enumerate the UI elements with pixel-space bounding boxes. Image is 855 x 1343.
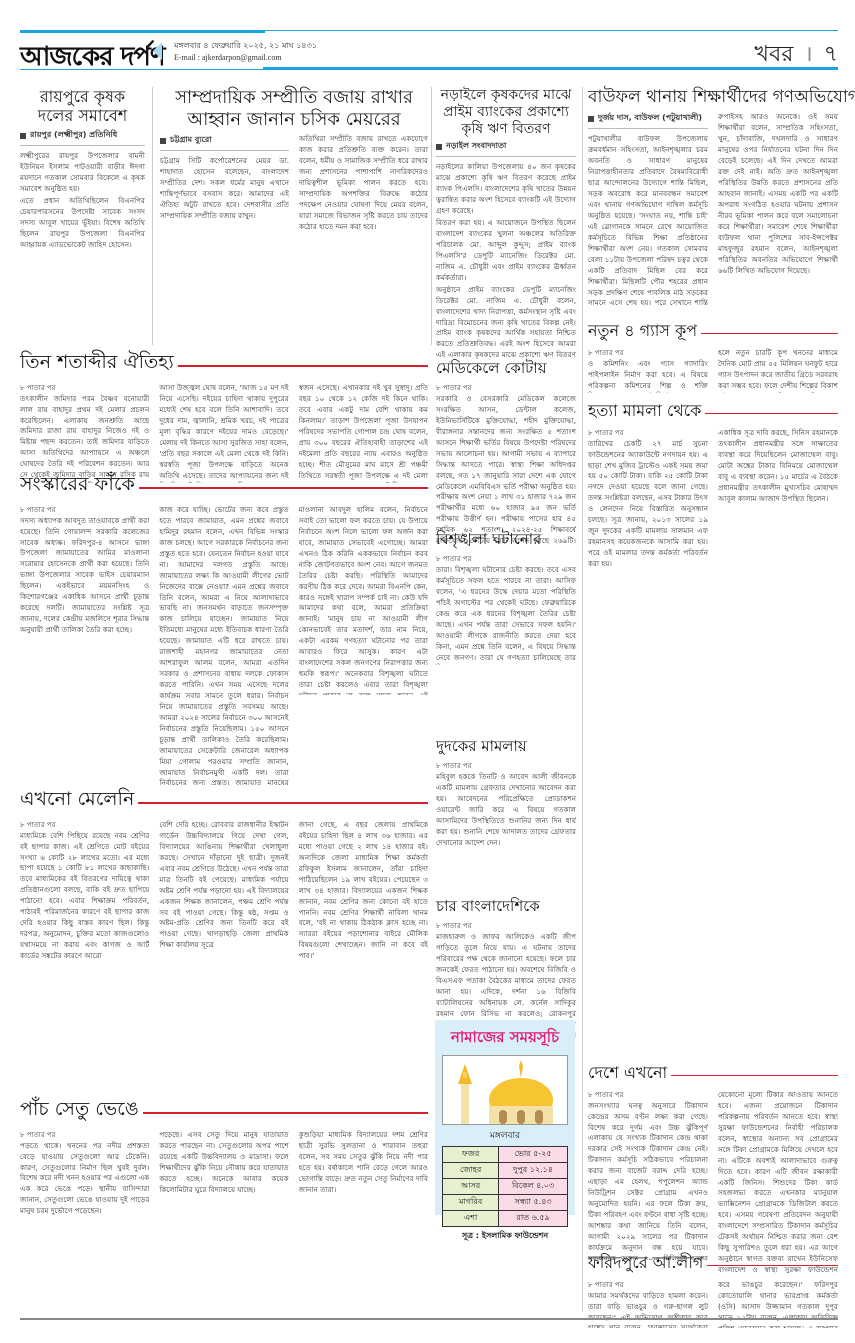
column-divider — [582, 87, 583, 1312]
section-header: সংস্কারের ফাঁকে — [20, 470, 428, 502]
article-hotya: হত্যা মামলা থেকে ৮ পাতার পরতারিখের চেকটি… — [588, 398, 838, 1048]
headline: নড়াইলে কৃষকদের মাঝে প্রাইম ব্যাংকের প্র… — [436, 87, 576, 137]
section-rule — [671, 1075, 838, 1077]
section-title: মেডিকেলে কোটায় — [436, 357, 576, 382]
section-title: হত্যা মামলা থেকে — [588, 398, 701, 425]
continued-label: ৮ পাতার পর — [20, 383, 149, 394]
newspaper-logo: আজকের দর্পণ — [20, 36, 165, 80]
article-body: হলে নতুন চারটি কূপ খননের মাধ্যমে দৈনিক ম… — [718, 348, 838, 393]
section-title: সংস্কারের ফাঁকে — [20, 470, 135, 502]
prayer-time: সন্ধ্যা ৫.৪৩ — [499, 1195, 568, 1211]
article-char-bangladeshi: চার বাংলাদেশিকে ৮ পাতার পর মাজহারুল ও জা… — [436, 895, 576, 1040]
article-body: একাধিক সূত্র দাবি করছে, সিনিস রহমানকে তৎ… — [718, 428, 838, 1048]
article-body: বেশি দেরি হচ্ছে। রোববার রাজধানীর ইস্কাটন… — [159, 820, 288, 1100]
byline-text: নড়াইল সংবাদদাতা — [446, 140, 506, 153]
headline: সাম্প্রদায়িক সম্প্রীতি বজায় রাখার আহ্ব… — [160, 87, 428, 130]
article-gas: নতুন ৪ গ্যাস কূপ ৮ পাতার পরও কমিশনিং এবং… — [588, 318, 838, 393]
headline-line: সাম্প্রদায়িক সম্প্রীতি বজায় রাখার — [160, 87, 428, 109]
paragraph: নড়াইলের কালিয়া উপজেলায় ৪০ জন কৃষকের ম… — [436, 162, 576, 217]
article-deshe-ekhono: দেশে এখনো ৮ পাতার পরজনসংখ্যার ঘনত্ব অনুস… — [588, 1060, 838, 1275]
section-rule — [705, 413, 838, 415]
section-title: ফরিদপুরে আ.লীগ — [588, 1250, 703, 1277]
continued-label: ৮ পাতার পর — [20, 1130, 149, 1141]
section-title: দেশে এখনো — [588, 1060, 667, 1087]
section-header: নতুন ৪ গ্যাস কূপ — [588, 318, 838, 345]
article-body: সরকারি ও বেসরকারি মেডিকেল কলেজে সংরক্ষিত… — [436, 394, 576, 544]
headline-line: আহ্বান জানান চসিক মেয়রের — [160, 109, 428, 131]
section-header: হত্যা মামলা থেকে — [588, 398, 838, 425]
headline: রায়পুরে কৃষক দলের সমাবেশ — [20, 87, 145, 125]
article-dudok: দুদকের মামলায় ৮ পাতার পর মহিবুল হককে তি… — [436, 735, 576, 922]
prayer-times-box: নামাজের সময়সূচি মঙ্গলবার ফজরভোর ৫-২৫ জো… — [435, 1020, 575, 1215]
headline: বাউফল থানায় শিক্ষার্থীদের গণঅভিযোগ — [588, 87, 838, 107]
continued-label: ৮ পাতার পর — [588, 348, 708, 359]
section-title: বিশৃঙ্খলা ঘটানোর — [436, 528, 576, 553]
headline-line: নড়াইলে কৃষকদের মাঝে — [436, 87, 576, 104]
article-body: কুশুড়িয়া মাধ্যমিক বিদ্যালয়ের দশম শ্রে… — [299, 1130, 428, 1315]
paragraph: এতে প্রধান অতিথিছিলেন বিএনপির চেয়ারপারস… — [20, 196, 145, 251]
prayer-time: বিকেল ৪.০৩ — [499, 1179, 568, 1195]
article-body: যেকোনো মূল্যে টিকার আওতায় আনতে হবে। এজন… — [718, 1090, 838, 1275]
prayer-name: জোহর — [443, 1163, 499, 1179]
square-bullet-icon — [160, 138, 166, 144]
article-body: নড়াইলের কালিয়া উপজেলায় ৪০ জন কৃষকের ম… — [436, 162, 576, 362]
prayer-time: ভোর ৫-২৫ — [499, 1147, 568, 1163]
square-bullet-icon — [436, 144, 442, 150]
section-header: দেশে এখনো — [588, 1060, 838, 1087]
byline: দুর্জয় দাস, বাউফল (পটুয়াখালী) — [588, 112, 708, 129]
prayer-time: রাত ৬.৫৯ — [499, 1211, 568, 1227]
prayer-row: ফজরভোর ৫-২৫ — [443, 1147, 568, 1163]
prayer-row: আসরবিকেল ৪.০৩ — [443, 1179, 568, 1195]
paragraph: মাধ্যমিকে বেশি পিছিয়ে রয়েছে নবম শ্রেণি… — [20, 831, 149, 960]
prayer-source: সূত্র : ইসলামিক ফাউন্ডেশন — [442, 1230, 568, 1243]
arrow-left-icon — [153, 42, 162, 60]
masthead-top-rule-thin — [265, 30, 838, 31]
prayer-row: মাগরিবসন্ধ্যা ৫.৪৩ — [443, 1195, 568, 1211]
section-header: তিন শতাব্দীর ঐতিহ্য — [20, 348, 428, 380]
paragraph: আমার সমর্থকদের বাড়িতে হামলা করেন। তারা … — [588, 1291, 708, 1328]
article-body: পড়েছে। এসব সেতু দিয়ে মানুষ যাতায়াত কর… — [159, 1130, 288, 1315]
section-rule — [143, 1112, 428, 1114]
prayer-row: এশারাত ৬.৫৯ — [443, 1211, 568, 1227]
article-body: অতিথিরা সম্প্রীতি বজায় রাখতে একযোগে কাজ… — [299, 134, 428, 329]
article-songskar: সংস্কারের ফাঁকে ৮ পাতার পরসদস্য অধ্যাপক … — [20, 470, 428, 785]
article-ctg-harmony: সাম্প্রদায়িক সম্প্রীতি বজায় রাখার আহ্ব… — [160, 87, 428, 331]
paragraph: অনুষ্ঠানে প্রাইম ব্যাংকের ডেপুটি ম্যানেজ… — [436, 285, 576, 363]
headline-line: প্রাইম ব্যাংকের প্রকাশ্যে — [436, 104, 576, 121]
headline-line: দলের সমাবেশ — [20, 106, 145, 125]
article-body: ৮ পাতার পরতারিখের চেকটি ২৭ মার্চ সুচনা ফ… — [588, 428, 708, 1033]
section-name: খবর — [755, 42, 794, 67]
column-divider — [431, 87, 432, 345]
continued-label: ৮ পাতার পর — [436, 760, 576, 772]
mosque-icon — [443, 1056, 567, 1124]
paragraph: বিতরণ করা হয়। এ আয়োজনে উপস্থিত ছিলেন ব… — [436, 218, 576, 284]
mosque-illustration — [442, 1055, 568, 1125]
section-title: পাঁচ সেতু ভেঙে — [20, 1095, 139, 1127]
issue-date: মঙ্গলবার ৪ ফেব্রুয়ারি ২০২৫, ২১ মাঘ ১৪৩১ — [174, 40, 317, 53]
masthead-bottom-rule — [263, 67, 838, 70]
paragraph: সদস্য অধ্যাপক আবদুত তাওয়াবকে প্রার্থী ক… — [20, 516, 149, 634]
prayer-name: এশা — [443, 1211, 499, 1227]
article-body: পটুয়াখালীর বাউফল উপজেলায় ক্রমবর্ধমান স… — [588, 134, 708, 309]
paragraph: ও কমিশনিং এবং গ্যাস গ্যাদারিং পাইপলাইন ন… — [588, 359, 708, 393]
article-raipur: রায়পুরে কৃষক দলের সমাবেশ রায়পুর (লক্ষ্… — [20, 87, 145, 336]
article-narail: নড়াইলে কৃষকদের মাঝে প্রাইম ব্যাংকের প্র… — [436, 87, 576, 362]
article-medical: মেডিকেলে কোটায় ৮ পাতার পর সরকারি ও বেসর… — [436, 357, 576, 544]
continued-label: ৮ পাতার পর — [588, 1090, 708, 1101]
section-title: নতুন ৪ গ্যাস কূপ — [588, 318, 697, 345]
paragraph: লক্ষ্মীপুরের রায়পুর উপজেলার বামনী ইউনিয… — [20, 151, 145, 195]
prayer-row: জোহরদুপুর ১২.১৪ — [443, 1163, 568, 1179]
section-rule — [139, 487, 428, 489]
article-body: ৮ পাতার পরও কমিশনিং এবং গ্যাস গ্যাদারিং … — [588, 348, 708, 393]
article-body: ৮ পাতার পরসদস্য অধ্যাপক আবদুত তাওয়াবকে … — [20, 505, 149, 785]
paragraph: জনসংখ্যার ঘনত্ব অনুসারে টিকাদান কেন্দ্রে… — [588, 1101, 708, 1260]
paragraph: তারিখের চেকটি ২৭ মার্চ সুচনা ফাউন্ডেশনের… — [588, 439, 708, 568]
article-faridpur: ফরিদপুরে আ.লীগ ৮ পাতার পরআমার সমর্থকদের … — [588, 1250, 838, 1328]
masthead: আজকের দর্পণ মঙ্গলবার ৪ ফেব্রুয়ারি ২০২৫,… — [20, 30, 838, 70]
section-title: তিন শতাব্দীর ঐতিহ্য — [20, 348, 174, 380]
prayer-name: আসর — [443, 1179, 499, 1195]
article-body: কাজ করে যাচ্ছি। ভোটের জন্য কবে প্রস্তুত … — [159, 505, 288, 785]
continued-label: ৮ পাতার পর — [20, 820, 149, 831]
square-bullet-icon — [588, 116, 594, 122]
article-body: ৮ পাতার পরতৎকালীন জমিদার পরম বৈষ্ণব বনোয… — [20, 383, 149, 483]
continued-label: ৮ পাতার পর — [436, 920, 576, 932]
article-bauphal: বাউফল থানায় শিক্ষার্থীদের গণঅভিযোগ দুর্… — [588, 87, 838, 309]
byline: নড়াইল সংবাদদাতা — [436, 140, 576, 157]
article-body: মাওলানা আবদুল হালিম বলেন, নির্বাচনে সবাই… — [299, 505, 428, 695]
article-body: ৮ পাতার পরমাধ্যমিকে বেশি পিছিয়ে রয়েছে … — [20, 820, 149, 1100]
section-header: এখনো মেলেনি — [20, 785, 428, 817]
prayer-name: ফজর — [443, 1147, 499, 1163]
article-body: স্বজন এসেছে। এখানকার দই খুব সুস্বাদু। প্… — [299, 383, 428, 483]
section-header: ফরিদপুরে আ.লীগ — [588, 1250, 838, 1277]
article-body: ৮ পাতার পরআমার সমর্থকদের বাড়িতে হামলা ক… — [588, 1280, 708, 1328]
section-rule — [707, 1265, 838, 1267]
headline-line: রায়পুরে কৃষক — [20, 87, 145, 106]
byline: রায়পুর (লক্ষ্মীপুর) প্রতিনিধি — [20, 129, 145, 146]
byline-text: দুর্জয় দাস, বাউফল (পটুয়াখালী) — [598, 112, 702, 125]
prayer-table: ফজরভোর ৫-২৫ জোহরদুপুর ১২.১৪ আসরবিকেল ৪.০… — [442, 1146, 568, 1227]
article-body: জানা গেছে, এ বছর জেলায় প্রাথমিকে বইয়ের… — [299, 820, 428, 1100]
section-header: পাঁচ সেতু ভেঙে — [20, 1095, 428, 1127]
square-bullet-icon — [20, 133, 26, 139]
article-tin-shotabdi: তিন শতাব্দীর ঐতিহ্য ৮ পাতার পরতৎকালীন জম… — [20, 348, 428, 483]
article-bishrinkhola: বিশৃঙ্খলা ঘটানোর ৮ পাতার পর তারা। বিশৃঙ্… — [436, 528, 576, 665]
article-body: আসা উজ্জ্বল ঘোষ বলেন, 'আজ ১৫ মণ দই নিয়ে… — [159, 383, 288, 483]
prayer-box-title: নামাজের সময়সূচি — [442, 1026, 568, 1051]
article-body: ৮ পাতার পরপড়তে থাকে। খননের পর নদীর প্রশ… — [20, 1130, 149, 1315]
column-divider — [152, 87, 153, 345]
paragraph: পড়তে থাকে। খননের পর নদীর প্রশস্ততা বেড়… — [20, 1141, 149, 1216]
section-title: চার বাংলাদেশিকে — [436, 895, 576, 920]
byline-text: রায়পুর (লক্ষ্মীপুর) প্রতিনিধি — [30, 129, 117, 142]
article-ekhono-meleni: এখনো মেলেনি ৮ পাতার পরমাধ্যমিকে বেশি পিছ… — [20, 785, 428, 1100]
prayer-day: মঙ্গলবার — [442, 1128, 568, 1143]
continued-label: ৮ পাতার পর — [436, 382, 576, 394]
section-title: দুদকের মামলায় — [436, 735, 576, 760]
section-title: এখনো মেলেনি — [20, 785, 134, 817]
masthead-top-rule — [20, 30, 265, 33]
prayer-name: মাগরিব — [443, 1195, 499, 1211]
continued-label: ৮ পাতার পর — [436, 553, 576, 565]
article-body: রুপাইসহ আরও অনেকে। ওই সময় শিক্ষার্থীরা … — [718, 112, 838, 302]
section-label: খবর । ৭ — [755, 37, 838, 74]
article-pach-setu: পাঁচ সেতু ভেঙে ৮ পাতার পরপড়তে থাকে। খনন… — [20, 1095, 428, 1315]
section-rule — [178, 365, 428, 367]
article-body: লক্ষ্মীপুরের রায়পুর উপজেলার বামনী ইউনিয… — [20, 151, 145, 336]
section-rule — [138, 802, 428, 804]
section-rule — [701, 333, 838, 335]
continued-label: ৮ পাতার পর — [588, 428, 708, 439]
page-separator: । — [804, 42, 812, 67]
contact-email: E-mail : ajkerdarpon@gmail.com — [174, 53, 282, 62]
continued-label: ৮ পাতার পর — [20, 505, 149, 516]
article-body: করে ভাঙচুর করেছেন।' ফরিদপুর কোতোয়ালি থা… — [718, 1280, 838, 1328]
prayer-time: দুপুর ১২.১৪ — [499, 1163, 568, 1179]
byline: চট্টগ্রাম ব্যুরো — [160, 134, 289, 151]
article-body: চট্টগ্রাম সিটি কর্পোরেশনের মেয়র ডা. শাহ… — [160, 156, 289, 331]
continued-label: ৮ পাতার পর — [588, 1280, 708, 1291]
page-bottom-rule — [20, 1318, 838, 1320]
headline-line: কৃষি ঋণ বিতরণ — [436, 121, 576, 138]
article-body: ৮ পাতার পরজনসংখ্যার ঘনত্ব অনুসারে টিকাদা… — [588, 1090, 708, 1260]
article-body: তারা। বিশৃঙ্খলা ঘটানোর চেষ্টা করছে। তবে … — [436, 565, 576, 665]
page-number: ৭ — [824, 42, 838, 67]
byline-text: চট্টগ্রাম ব্যুরো — [170, 134, 212, 147]
